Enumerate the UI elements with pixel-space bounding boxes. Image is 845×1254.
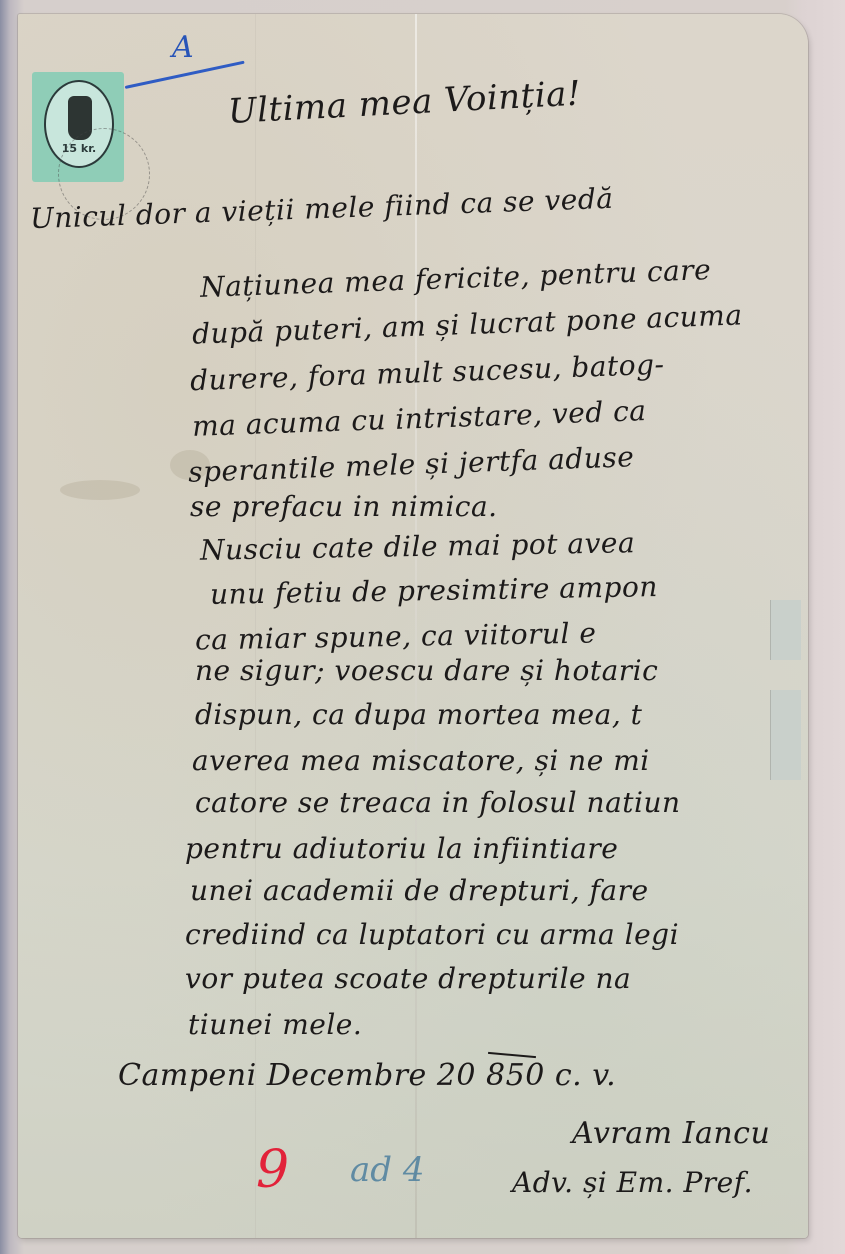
text-line: tiunei mele. [188,1008,362,1041]
signature-name: Avram Iancu [572,1116,770,1151]
place-and-date: Campeni Decembre 20 850 c. v. [118,1058,616,1093]
signature-title: Adv. și Em. Pref. [512,1166,753,1199]
archive-mark-letter: A [172,30,194,65]
text-line: averea mea miscatore, și ne mi [192,744,650,777]
text-line: vor putea scoate drepturile na [185,962,631,995]
text-line: dispun, ca dupa mortea mea, t [195,698,642,731]
text-line: pentru adiutoriu la infiintiare [185,832,618,865]
text-line: se prefacu in nimica. [190,490,498,523]
text-line: catore se treaca in folosul natiun [195,786,681,819]
text-line: ne sigur; voescu dare și hotaric [195,654,658,687]
torn-edge-patch [770,600,801,660]
text-line: unei academii de drepturi, fare [190,874,649,907]
blue-pencil-note: ad 4 [350,1150,424,1190]
stain [60,480,140,500]
text-line: ca miar spune, ca viitorul e [195,616,597,656]
red-folio-number: 9 [256,1140,289,1200]
torn-edge-patch [770,690,801,780]
text-line: crediind ca luptatori cu arma legi [185,918,679,951]
